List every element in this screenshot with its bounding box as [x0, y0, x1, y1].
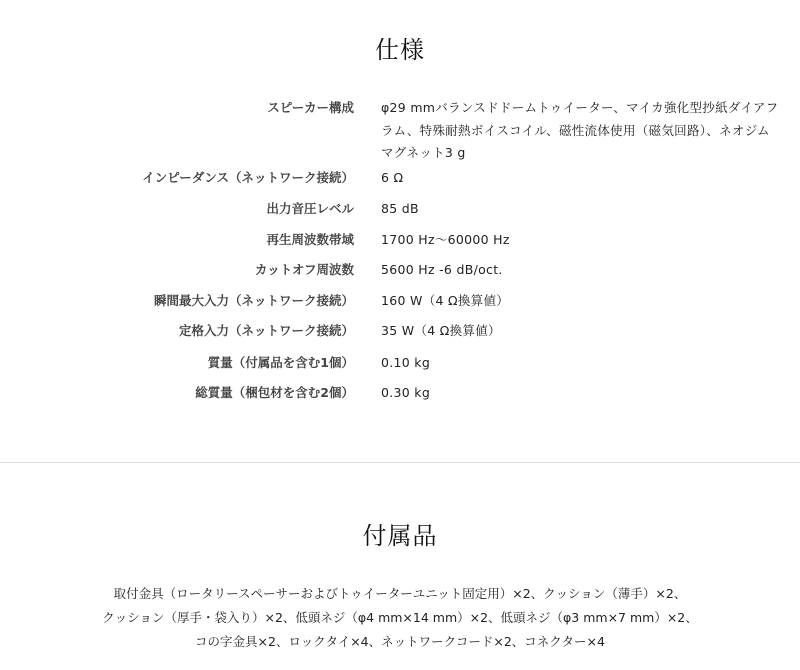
- accessories-line: クッション（厚手・袋入り）×2、低頭ネジ（φ4 mm×14 mm）×2、低頭ネジ…: [40, 606, 760, 630]
- spec-value: 0.30 kg: [381, 382, 781, 405]
- accessories-list: 取付金具（ロータリースペーサーおよびトゥイーターユニット固定用）×2、クッション…: [40, 582, 760, 654]
- spec-value: 6 Ω: [381, 167, 781, 190]
- spec-value: 1700 Hz〜60000 Hz: [381, 229, 781, 252]
- spec-label: 瞬間最大入力（ネットワーク接続）: [154, 290, 354, 312]
- spec-label: 質量（付属品を含む1個）: [208, 352, 354, 374]
- accessories-line: コの字金具×2、ロックタイ×4、ネットワークコード×2、コネクター×4: [40, 630, 760, 654]
- spec-label: 総質量（梱包材を含む2個）: [195, 382, 354, 404]
- accessories-section-title: 付属品: [0, 516, 800, 551]
- spec-value: 0.10 kg: [381, 352, 781, 375]
- spec-label: 再生周波数帯域: [266, 229, 354, 251]
- spec-label: 定格入力（ネットワーク接続）: [179, 320, 354, 342]
- spec-value: φ29 mmバランスドドームトゥイーター、マイカ強化型抄紙ダイアフラム、特殊耐熱…: [381, 97, 781, 165]
- spec-label: インピーダンス（ネットワーク接続）: [142, 167, 354, 189]
- section-divider: [0, 462, 800, 463]
- accessories-line: 取付金具（ロータリースペーサーおよびトゥイーターユニット固定用）×2、クッション…: [40, 582, 760, 606]
- spec-value: 35 W（4 Ω換算値）: [381, 320, 781, 343]
- spec-label: 出力音圧レベル: [266, 198, 354, 220]
- spec-label: スピーカー構成: [267, 97, 354, 119]
- spec-label: カットオフ周波数: [255, 259, 354, 281]
- spec-value: 160 W（4 Ω換算値）: [381, 290, 781, 313]
- spec-value: 85 dB: [381, 198, 781, 221]
- spec-section-title: 仕様: [0, 30, 800, 65]
- spec-value: 5600 Hz -6 dB/oct.: [381, 259, 781, 282]
